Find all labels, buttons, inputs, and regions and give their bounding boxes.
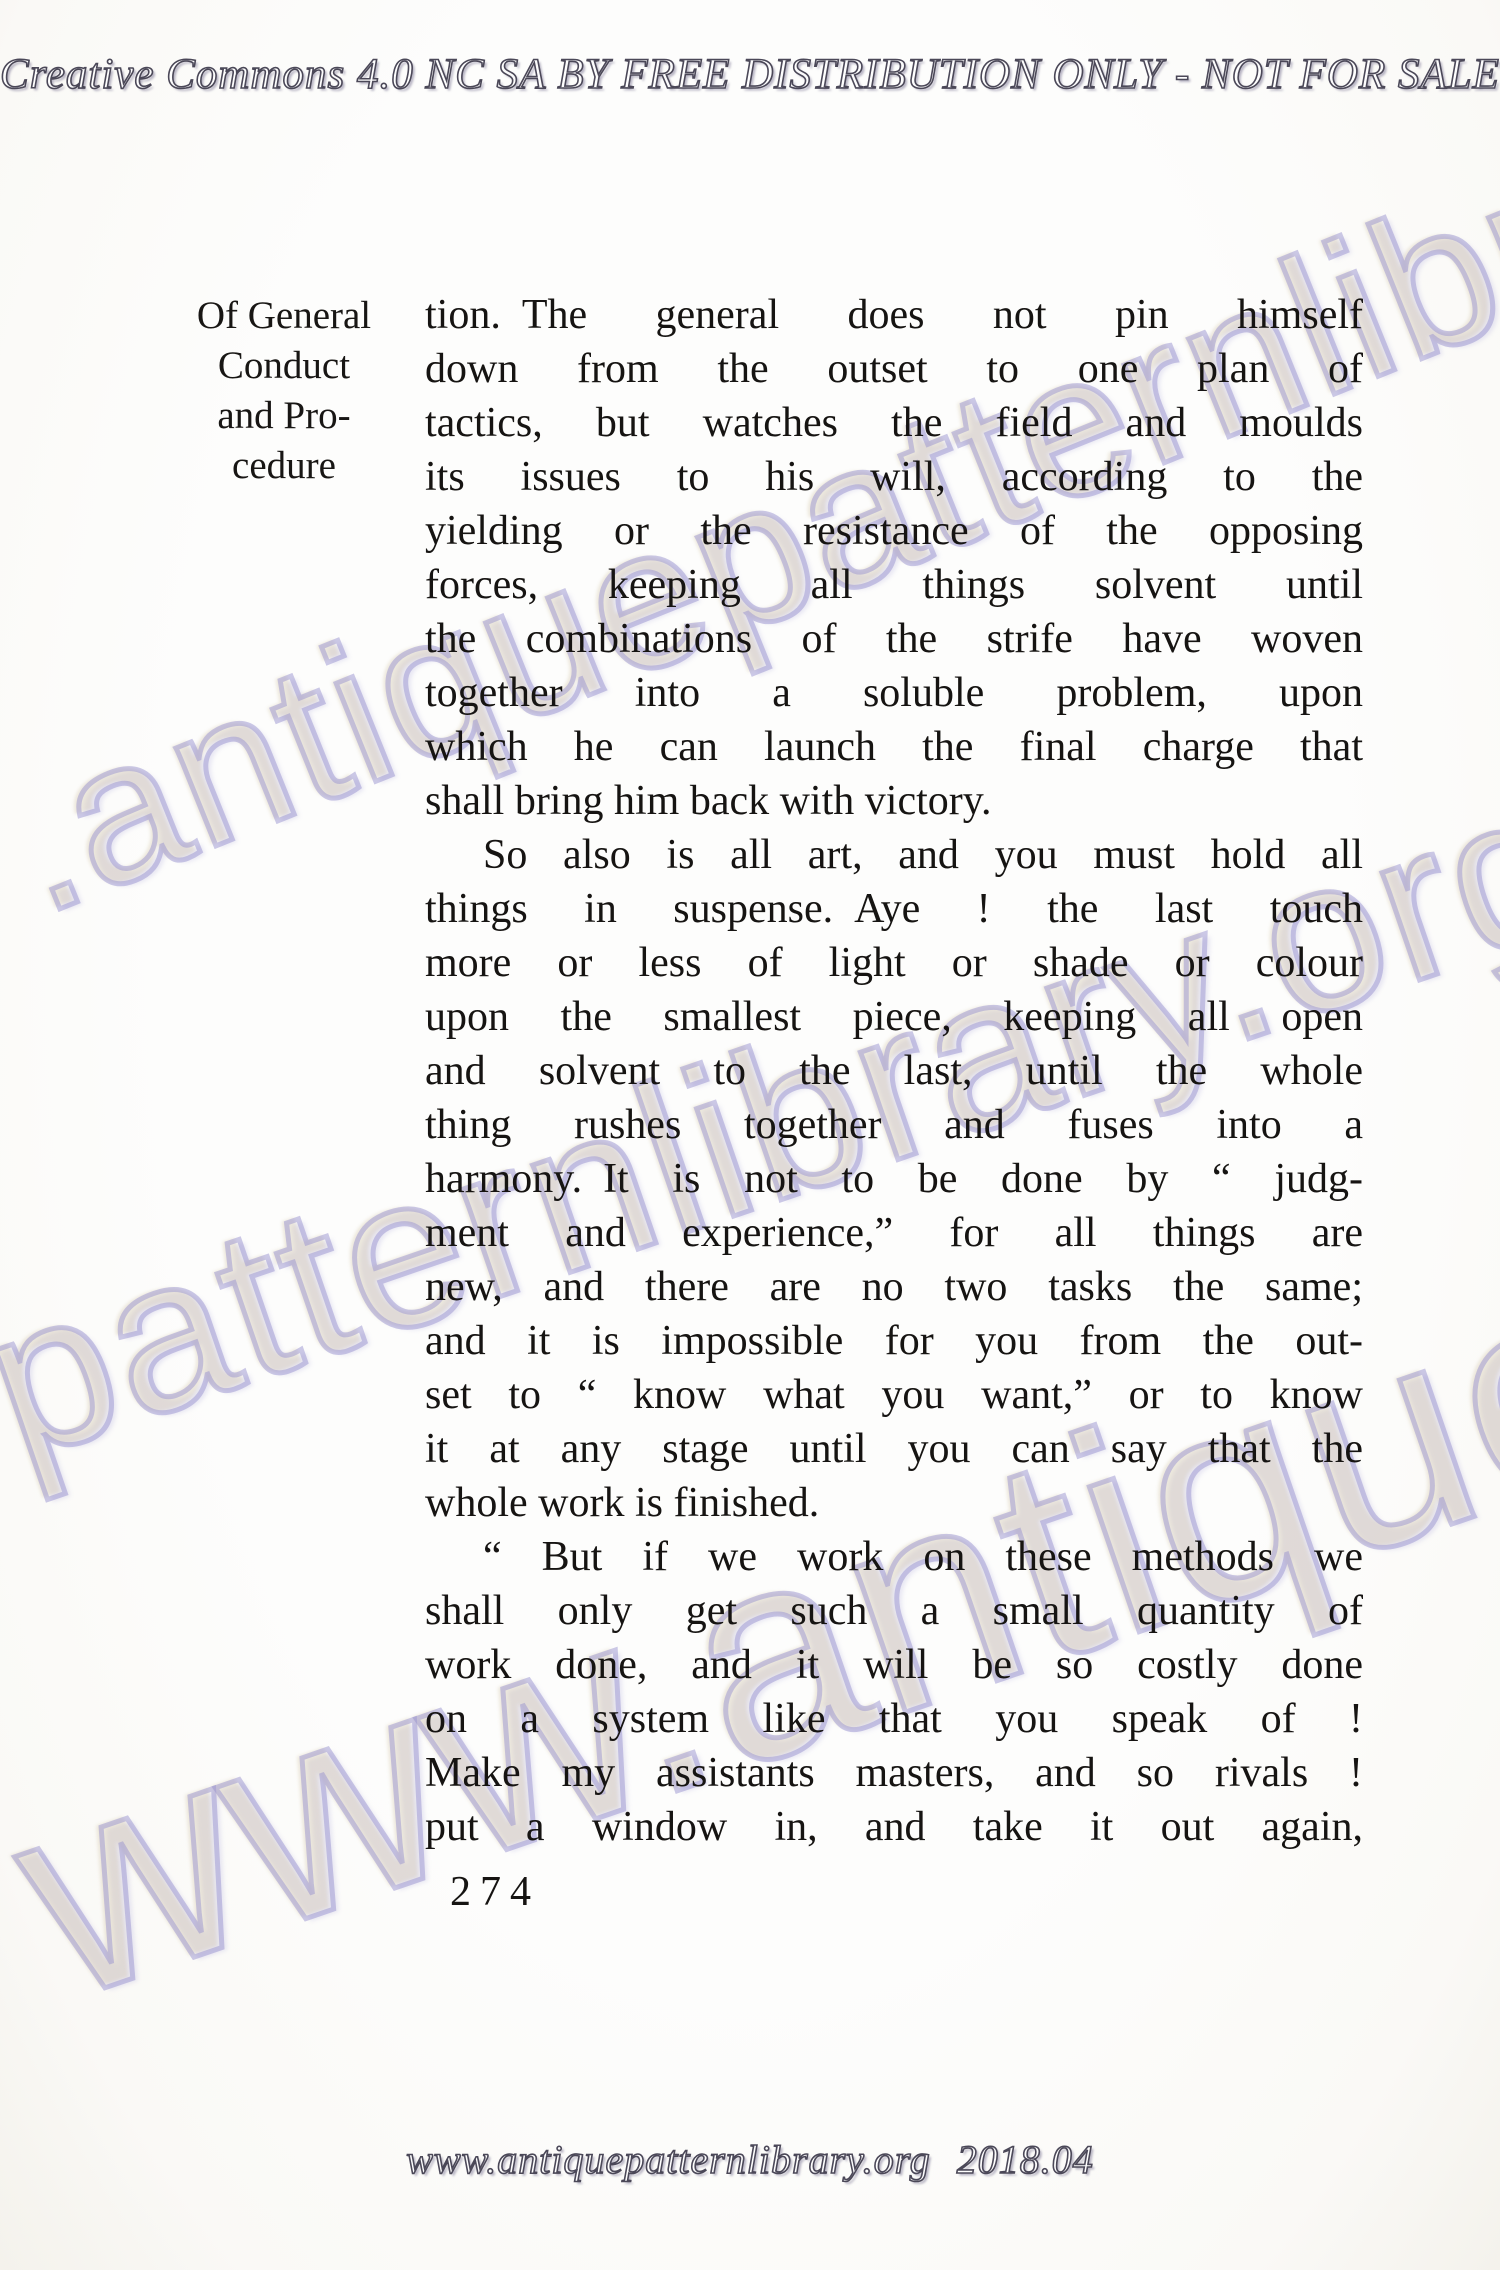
page-number: 274 [450,1868,540,1916]
text-line: put a window in, and take it out again, [425,1800,1363,1854]
text-line: harmony. It is not to be done by “ judg- [425,1152,1363,1206]
text-line: on a system like that you speak of ! [425,1692,1363,1746]
footer-site: www.antiquepatternlibrary.org [406,2137,931,2182]
text-line: Make my assistants masters, and so rival… [425,1746,1363,1800]
text-line: thing rushes together and fuses into a [425,1098,1363,1152]
text-line: it at any stage until you can say that t… [425,1422,1363,1476]
text-line: which he can launch the final charge tha… [425,720,1363,774]
footer-edition: 2018.04 [957,2137,1094,2182]
text-line: work done, and it will be so costly done [425,1638,1363,1692]
text-line: ment and experience,” for all things are [425,1206,1363,1260]
text-line: new, and there are no two tasks the same… [425,1260,1363,1314]
text-line: down from the outset to one plan of [425,342,1363,396]
text-line: together into a soluble problem, upon [425,666,1363,720]
text-line: tactics, but watches the field and mould… [425,396,1363,450]
text-line: things in suspense. Aye ! the last touch [425,882,1363,936]
text-line: its issues to his will, according to the [425,450,1363,504]
text-line: forces, keeping all things solvent until [425,558,1363,612]
text-line: whole work is finished. [425,1476,1363,1530]
body-text: tion. The general does not pin himself d… [425,288,1363,1854]
book-page-scan: .antiquepatternlibr patternlibrary.org w… [0,0,1500,2270]
margin-note-line: Of General [168,291,400,341]
text-line: tion. The general does not pin himself [425,288,1363,342]
text-line: So also is all art, and you must hold al… [425,828,1363,882]
text-line: “ But if we work on these methods we [425,1530,1363,1584]
margin-note-line: cedure [168,441,400,491]
margin-note-line: Conduct [168,341,400,391]
text-line: the combinations of the strife have wove… [425,612,1363,666]
margin-note-line: and Pro- [168,391,400,441]
text-line: shall bring him back with victory. [425,774,1363,828]
text-line: set to “ know what you want,” or to know [425,1368,1363,1422]
text-line: upon the smallest piece, keeping all ope… [425,990,1363,1044]
text-line: yielding or the resistance of the opposi… [425,504,1363,558]
license-notice: Creative Commons 4.0 NC SA BY FREE DISTR… [0,50,1500,99]
text-line: and it is impossible for you from the ou… [425,1314,1363,1368]
text-line: shall only get such a small quantity of [425,1584,1363,1638]
text-line: and solvent to the last, until the whole [425,1044,1363,1098]
margin-note: Of General Conduct and Pro- cedure [168,291,400,491]
footer-credit: www.antiquepatternlibrary.org2018.04 [0,2136,1500,2183]
text-line: more or less of light or shade or colour [425,936,1363,990]
